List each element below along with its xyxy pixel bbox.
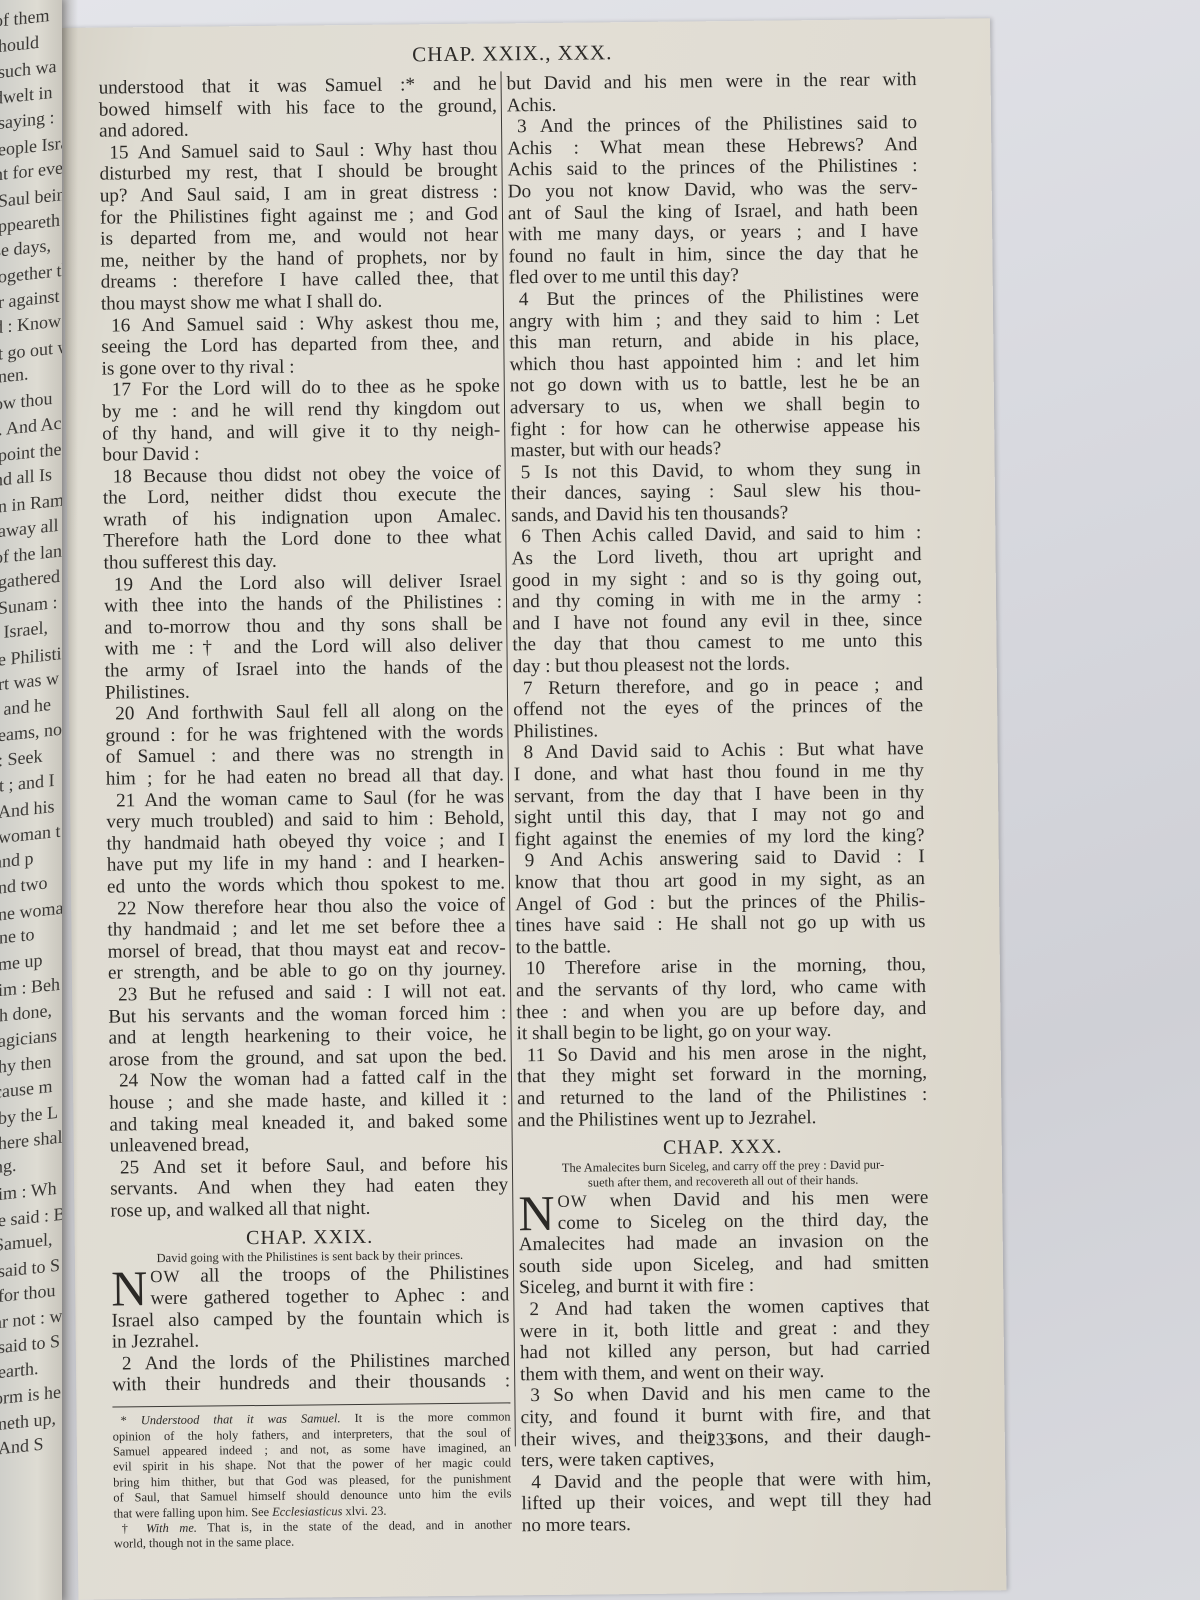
text-line: come to Siceleg on the third day, the — [518, 1209, 928, 1235]
adjacent-page-text: ine to — [0, 924, 35, 949]
adjacent-page-text: said to S — [0, 1254, 60, 1282]
footnotes: * Understood that it was Samuel. It is t… — [113, 1410, 512, 1553]
text-line: rose up, and walked all that night. — [110, 1196, 508, 1222]
footnote-separator — [112, 1402, 510, 1407]
adjacent-page-text: ppeareth to — [0, 208, 62, 237]
adjacent-page-text: dwelt in — [0, 81, 53, 108]
adjacent-page-text: th done, — [0, 999, 52, 1026]
adjacent-page-text: point the — [0, 438, 62, 466]
adjacent-page-text: for thou — [0, 1280, 56, 1307]
text-line: and taking meal kneaded it, and baked so… — [109, 1110, 507, 1136]
adjacent-page-text: ow thou — [0, 387, 53, 414]
text-line: of thy hand, and will give it to thy nei… — [102, 419, 500, 445]
adjacent-page-text: ogether th — [0, 259, 62, 288]
adjacent-page-text: hy then — [0, 1051, 52, 1078]
text-line: Therefore hath the Lord done to thee wha… — [103, 527, 501, 553]
text-line: dreams : therefore I have called thee, t… — [101, 268, 499, 294]
text-line: and the Philistines went up to Jezrahel. — [517, 1105, 927, 1131]
adjacent-page-text: nd all Is — [0, 464, 52, 491]
adjacent-page-text: nd two — [0, 872, 48, 898]
footnote-lemma: With me. — [146, 1521, 197, 1536]
adjacent-page-fragment: of themhouldsuch wadwelt insaying :eople… — [0, 0, 62, 1600]
footnote-lemma: Understood that it was Samuel. — [141, 1411, 341, 1427]
adjacent-page-text: agicians — [0, 1025, 57, 1052]
footnote-line: world, though not in the same place. — [114, 1533, 512, 1553]
adjacent-page-text: im : Beh — [0, 974, 60, 1002]
gutter-shadow — [62, 0, 78, 1600]
adjacent-page-text: it ; and I — [0, 770, 55, 797]
adjacent-page-text: neth up, — [0, 1407, 56, 1434]
adjacent-page-text: nen. — [0, 363, 29, 387]
adjacent-page-text: n in Ram — [0, 489, 62, 517]
adjacent-page-text: such wa — [0, 56, 56, 83]
adjacent-page-text: r against — [0, 285, 59, 312]
adjacent-page-text: away all — [0, 515, 58, 542]
adjacent-page-text: t go out w — [0, 336, 62, 365]
small-caps-word: OW — [557, 1192, 588, 1211]
adjacent-page-text: se days, — [0, 235, 51, 262]
adjacent-page-text: hould — [0, 31, 39, 56]
book-page: CHAP. XXIX., XXX. understood that it was… — [62, 18, 1006, 1600]
adjacent-page-text: of the lan — [0, 540, 62, 568]
adjacent-page-text: Sunam : — [0, 591, 58, 618]
adjacent-page-text: earth. — [0, 1357, 38, 1382]
text-line: had not killed any person, but had carri… — [520, 1338, 930, 1364]
adjacent-page-text: : and he — [0, 694, 51, 721]
adjacent-page-text: ar not : w — [0, 1305, 62, 1333]
text-line: thee : and when you are up before day, a… — [516, 998, 926, 1024]
adjacent-page-text: saying : — [0, 107, 55, 134]
text-line: and returned to the land of the Philisti… — [517, 1084, 927, 1110]
text-line: servants. And when they had eaten they — [110, 1175, 508, 1201]
chapter-summary: The Amalecites burn Siceleg, and carry o… — [518, 1157, 928, 1191]
adjacent-page-text: And S — [0, 1434, 44, 1460]
text-line: were gathered together to Aphec : and — [111, 1284, 509, 1310]
right-column: but David and his men were in the rear w… — [506, 69, 931, 1537]
adjacent-page-text: e said : B — [0, 1203, 62, 1231]
adjacent-page-text: eople Isra — [0, 132, 62, 160]
text-line: the army of Israel into the hands of the — [105, 656, 503, 682]
adjacent-page-text: here shal — [0, 1127, 62, 1155]
adjacent-page-text: im : Wh — [0, 1178, 57, 1205]
text-line: their dances, saying : Saul slew his tho… — [511, 479, 921, 505]
adjacent-page-text: woman t — [0, 821, 61, 849]
left-column: understood that it was Samuel :* and heb… — [99, 73, 512, 1552]
chapter-opening: NOW when David and his men werecome to S… — [518, 1187, 928, 1234]
adjacent-page-text: said to S — [0, 1331, 60, 1359]
adjacent-page-text: Samuel, — [0, 1229, 53, 1256]
adjacent-page-text: eams, no — [0, 719, 62, 747]
small-caps-word: OW — [150, 1267, 181, 1286]
page-number: 233 — [707, 1429, 734, 1450]
text-line: lifted up their voices, and wept till th… — [521, 1489, 931, 1515]
adjacent-page-text: nt for eve — [0, 157, 62, 185]
adjacent-page-text: me up — [0, 949, 43, 975]
adjacent-page-text: of them — [0, 5, 50, 32]
adjacent-page-text: gathered — [0, 566, 60, 594]
text-line: tines have said : He shall not go up wit… — [515, 911, 925, 937]
text-line: seeing the Lord has departed from thee, … — [101, 333, 499, 359]
chapter-opening: NOW all the troops of the Philistineswer… — [111, 1263, 509, 1310]
adjacent-page-text: And his — [0, 796, 55, 823]
adjacent-page-text: by the L — [0, 1101, 58, 1128]
drop-cap-initial: N — [518, 1193, 555, 1233]
adjacent-page-text: ng. — [0, 1154, 17, 1177]
text-line: the day that thou camest to me unto this — [512, 630, 922, 656]
adjacent-page-text: e Philistin — [0, 642, 62, 671]
text-line: no more tears. — [522, 1511, 932, 1537]
adjacent-page-text: ne woma — [0, 897, 62, 925]
text-line: but David and his men were in the rear w… — [506, 69, 916, 95]
text-line: Israel also camped by the fountain which… — [111, 1306, 509, 1332]
text-line: fight : for how can he otherwise appease… — [510, 415, 920, 441]
text-line: with their hundreds and their thousands … — [112, 1371, 510, 1397]
text-line: bowed himself with his face to the groun… — [99, 95, 497, 121]
adjacent-page-text: : Seek — [0, 745, 43, 771]
adjacent-page-text: and p — [0, 847, 34, 872]
adjacent-page-text: . And Ac — [0, 413, 62, 441]
adjacent-page-text: rt was w — [0, 668, 59, 695]
adjacent-page-text: d : Know — [0, 310, 61, 338]
running-head: CHAP. XXIX., XXX. — [362, 40, 662, 68]
footnote-citation: Ecclesiasticus — [272, 1504, 342, 1519]
text-line: offend not the eyes of the princes of th… — [513, 695, 923, 721]
adjacent-page-text: orm is he — [0, 1381, 61, 1409]
adjacent-page-text: Saul being — [0, 182, 62, 211]
adjacent-page-text: cause m — [0, 1076, 52, 1103]
adjacent-page-text: l Israel, — [0, 617, 48, 644]
drop-cap-initial: N — [111, 1269, 148, 1309]
